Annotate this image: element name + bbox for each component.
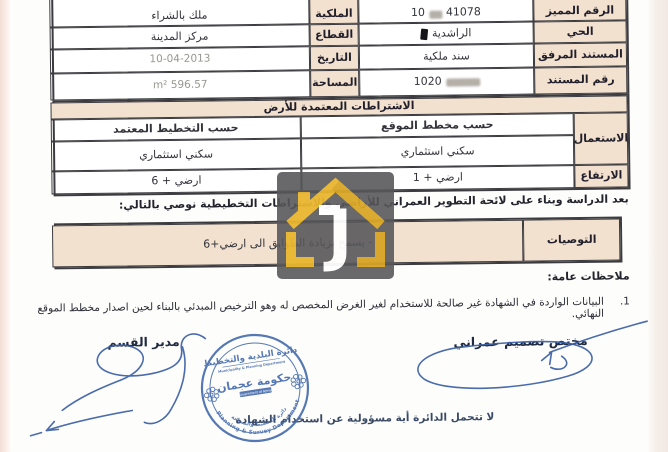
stamp-government-english: Government of Ajman [238, 388, 273, 397]
ownership-label: الملكية [309, 0, 358, 24]
recommendations-value: - يسمح بزيادة الطوابق الى ارضي+6 [52, 220, 523, 268]
note-text: البيانات الواردة في الشهادة غير صالحة لل… [36, 296, 604, 327]
handwritten-signatures [1, 311, 668, 452]
disclaimer-text: لا تتحمل الدائرة أية مسؤولية عن استخدام … [236, 411, 495, 426]
general-notes-title: ملاحظات عامة: [547, 269, 630, 283]
stamp-outer-ring [197, 330, 312, 445]
recommendations-table: التوصيات - يسمح بزيادة الطوابق الى ارضي+… [54, 216, 623, 269]
district-name: الراشدية [432, 27, 472, 40]
document-number-value: 1020 [359, 68, 534, 97]
use-per-approved-plan: سكني استثماري [51, 138, 301, 171]
recommendation-intro: بعد الدراسة وبناء على لائحة التطوير العم… [119, 192, 629, 211]
unique-number-part2: 41078 [446, 6, 481, 19]
note-item: 1. البيانات الواردة في الشهادة غير صالحة… [36, 295, 630, 326]
signature-right [417, 321, 648, 389]
recommendations-label: التوصيات [523, 219, 621, 262]
area-value: 596.57 m² [50, 70, 310, 100]
official-stamp: دائرة البلدية والتخطيط Municipality & Pl… [197, 330, 312, 445]
unique-number-value: 10 41078 [358, 0, 533, 24]
stamp-english-name: Municipality & Planning Department [218, 360, 286, 374]
scanned-certificate-page: الرقم المميز 10 41078 الملكية ملك بالشرا… [0, 0, 668, 452]
document-number-label: رقم المستند [534, 66, 627, 94]
date-value: 10-04-2013 [50, 46, 310, 73]
rosette-icon [290, 373, 306, 389]
scan-edge-right [647, 0, 668, 452]
use-per-site-plan: سكني استثماري [301, 135, 574, 168]
stamp-government-arabic: حكومة عجمان [216, 370, 292, 394]
stamp-government-band [239, 387, 271, 397]
property-info-table: الرقم المميز 10 41078 الملكية ملك بالشرا… [51, 0, 629, 102]
attached-document-value: سند ملكية [359, 44, 534, 70]
use-label: الاستعمال [574, 112, 629, 165]
department-manager-title: مدير القسم [107, 334, 179, 350]
unique-number-part1: 10 [411, 7, 425, 19]
land-conditions-table: الاشتراطات المعتمدة للأرض الاستعمال حسب … [52, 93, 630, 196]
redaction-mark [446, 78, 480, 86]
district-value: الراشدية [359, 22, 534, 46]
unique-number-label: الرقم المميز [533, 0, 626, 22]
redaction-mark [420, 28, 428, 40]
attached-document-label: المستند المرفق [534, 42, 627, 67]
urban-design-specialist-title: مختص تصميم عمراني [453, 333, 587, 350]
height-per-site-plan: ارضي + 1 [301, 165, 574, 191]
stamp-arabic-name: دائرة البلدية والتخطيط [203, 345, 299, 369]
note-number: 1. [620, 295, 630, 319]
column-header-approved-plan: حسب التخطيط المعتمد [51, 116, 301, 141]
document-number-part: 1020 [414, 76, 442, 88]
height-label: الارتفاع [574, 164, 628, 188]
redaction-mark [429, 11, 442, 19]
ownership-value: ملك بالشراء [49, 0, 309, 27]
scan-edge-left [0, 0, 11, 452]
sector-label: القطاع [310, 24, 359, 47]
district-label: الحي [534, 20, 627, 43]
date-label: التاريخ [310, 46, 359, 71]
document-body: الرقم المميز 10 41078 الملكية ملك بالشرا… [0, 0, 668, 452]
stamp-content: دائرة البلدية والتخطيط Municipality & Pl… [197, 330, 312, 445]
height-per-approved-plan: ارضي + 6 [51, 168, 301, 194]
area-label: المساحة [310, 70, 359, 98]
rosette-icon [203, 386, 219, 402]
sector-value: مركز المدينة [50, 24, 310, 49]
